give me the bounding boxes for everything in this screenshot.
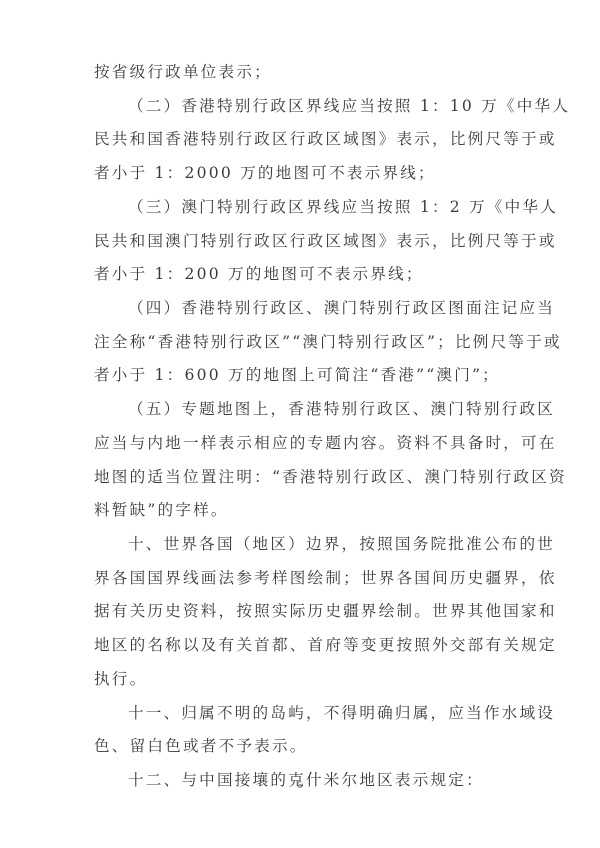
text-line: （四）香港特别行政区、澳门特别行政区图面注记应当	[128, 298, 548, 318]
text-line: 据有关历史资料，按照实际历史疆界绘制。世界其他国家和	[94, 601, 514, 621]
text-line: 者小于 1：200 万的地图可不表示界线；	[94, 264, 514, 284]
text-line: 者小于 1：600 万的地图上可简注“香港”“澳门”；	[94, 365, 514, 385]
text-line: 按省级行政单位表示；	[94, 62, 514, 82]
text-line: 料暂缺”的字样。	[94, 500, 514, 520]
text-line: （五）专题地图上，香港特别行政区、澳门特别行政区	[128, 399, 548, 419]
text-line: 者小于 1：2000 万的地图可不表示界线；	[94, 163, 514, 183]
text-line: 十一、归属不明的岛屿，不得明确归属，应当作水域设	[128, 703, 548, 723]
text-line: 色、留白色或者不予表示。	[94, 736, 514, 756]
text-line: 地区的名称以及有关首都、首府等变更按照外交部有关规定	[94, 635, 514, 655]
text-line: 界各国国界线画法参考样图绘制；世界各国间历史疆界，依	[94, 568, 514, 588]
text-line: （三）澳门特别行政区界线应当按照 1：2 万《中华人	[128, 197, 548, 217]
text-line: 执行。	[94, 669, 514, 689]
document-page: 按省级行政单位表示；（二）香港特别行政区界线应当按照 1：10 万《中华人民共和…	[0, 0, 600, 848]
text-line: 地图的适当位置注明：“香港特别行政区、澳门特别行政区资	[94, 467, 514, 487]
text-line: （二）香港特别行政区界线应当按照 1：10 万《中华人	[128, 96, 548, 116]
text-line: 注全称“香港特别行政区”“澳门特别行政区”；比例尺等于或	[94, 332, 514, 352]
text-line: 民共和国香港特别行政区行政区域图》表示，比例尺等于或	[94, 129, 514, 149]
text-line: 应当与内地一样表示相应的专题内容。资料不具备时，可在	[94, 433, 514, 453]
text-line: 民共和国澳门特别行政区行政区域图》表示，比例尺等于或	[94, 231, 514, 251]
page-number: 5	[0, 780, 600, 790]
text-line: 十、世界各国（地区）边界，按照国务院批准公布的世	[128, 534, 548, 554]
